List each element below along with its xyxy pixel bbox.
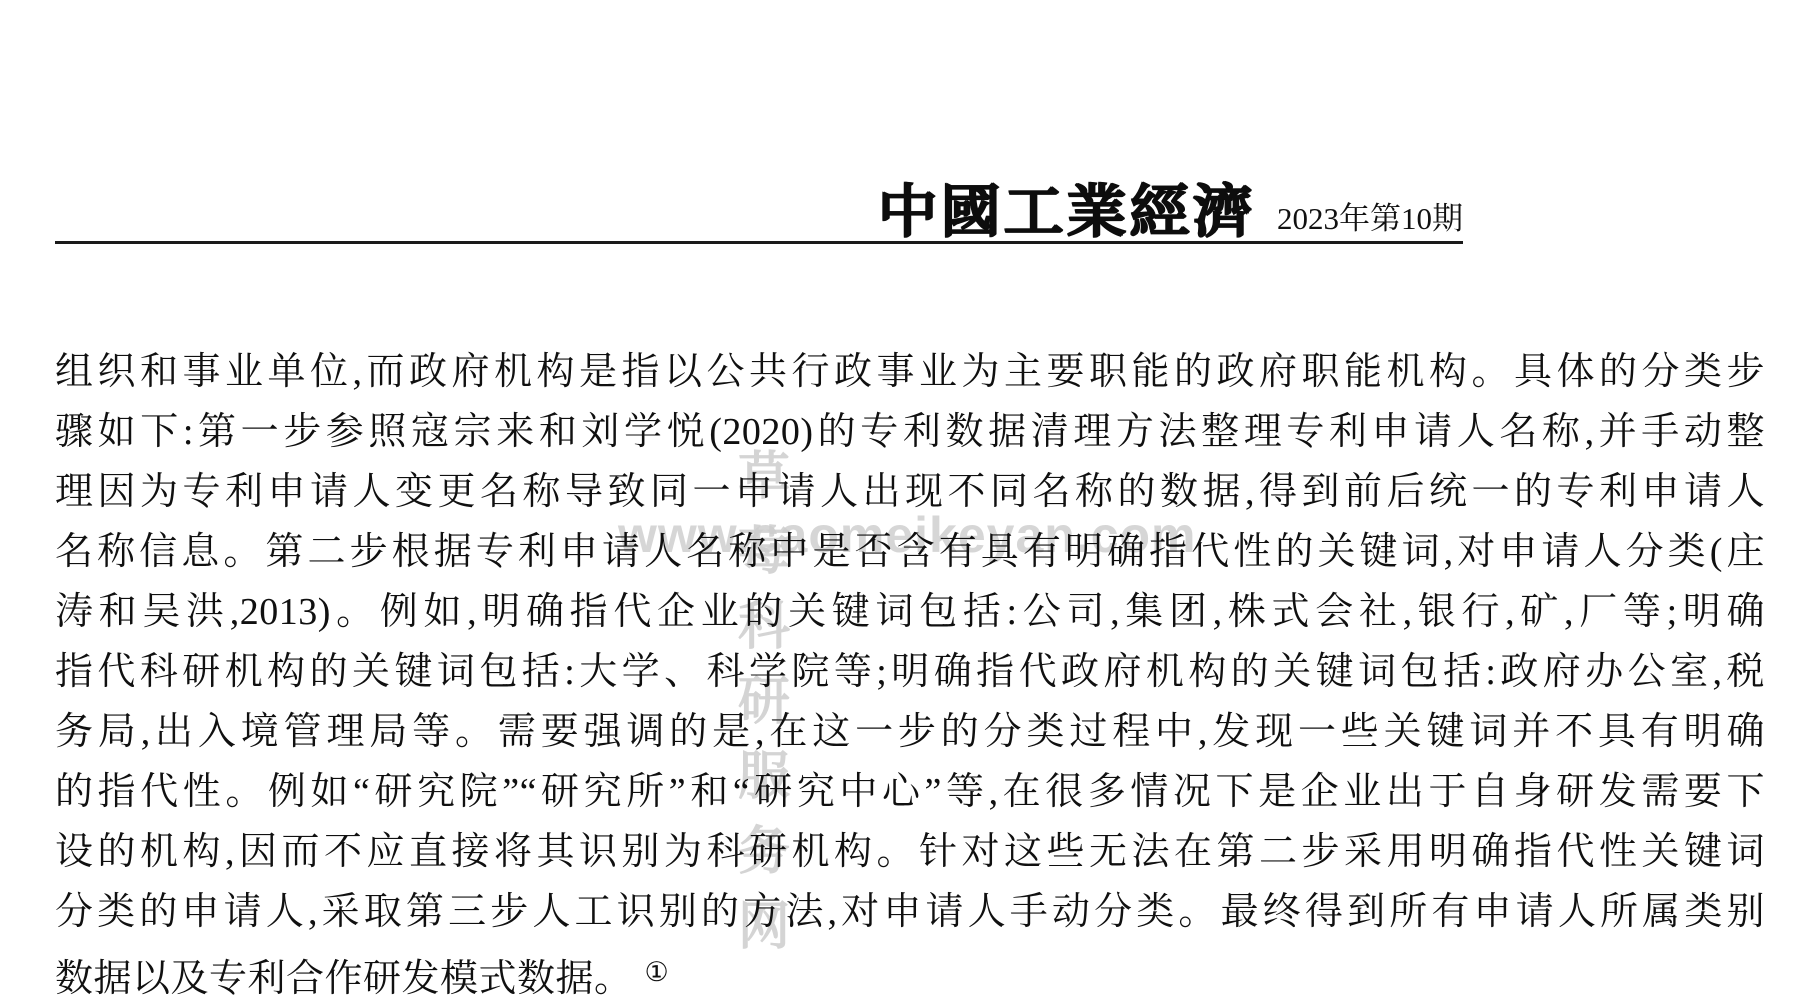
text-line: 组织和事业单位,而政府机构是指以公共行政事业为主要职能的政府职能机构。具体的分类… [55, 342, 1765, 402]
text-line: 涛和吴洪,2013)。例如,明确指代企业的关键词包括:公司,集团,株式会社,银行… [55, 582, 1765, 642]
text-line: 指代科研机构的关键词包括:大学、科学院等;明确指代政府机构的关键词包括:政府办公… [55, 642, 1765, 702]
text-line: 数据以及专利合作研发模式数据。① [55, 942, 1765, 1000]
text-line: 分类的申请人,采取第三步人工识别的方法,对申请人手动分类。最终得到所有申请人所属… [55, 882, 1765, 942]
text-line: 务局,出入境管理局等。需要强调的是,在这一步的分类过程中,发现一些关键词并不具有… [55, 702, 1765, 762]
journal-header: 中國工業經濟 2023年第10期 [55, 168, 1463, 242]
text-line: 的指代性。例如“研究院”“研究所”和“研究中心”等,在很多情况下是企业出于自身研… [55, 762, 1765, 822]
text-line: 理因为专利申请人变更名称导致同一申请人出现不同名称的数据,得到前后统一的专利申请… [55, 462, 1765, 522]
text-line: 设的机构,因而不应直接将其识别为科研机构。针对这些无法在第二步采用明确指代性关键… [55, 822, 1765, 882]
text-line-text: 数据以及专利合作研发模式数据。 [55, 958, 633, 1000]
journal-page: 草莓科研服务网 www.caomeikeyan.com 中國工業經濟 2023年… [0, 0, 1820, 1000]
issue-label: 2023年第10期 [1277, 193, 1463, 242]
text-line: 骤如下:第一步参照寇宗来和刘学悦(2020)的专利数据清理方法整理专利申请人名称… [55, 402, 1765, 462]
footnote-marker: ① [645, 957, 670, 987]
journal-logo: 中國工業經濟 [877, 183, 1255, 241]
paragraph: 组织和事业单位,而政府机构是指以公共行政事业为主要职能的政府职能机构。具体的分类… [55, 342, 1765, 1000]
header-rule [55, 241, 1463, 244]
text-line: 名称信息。第二步根据专利申请人名称中是否含有具有明确指代性的关键词,对申请人分类… [55, 522, 1765, 582]
